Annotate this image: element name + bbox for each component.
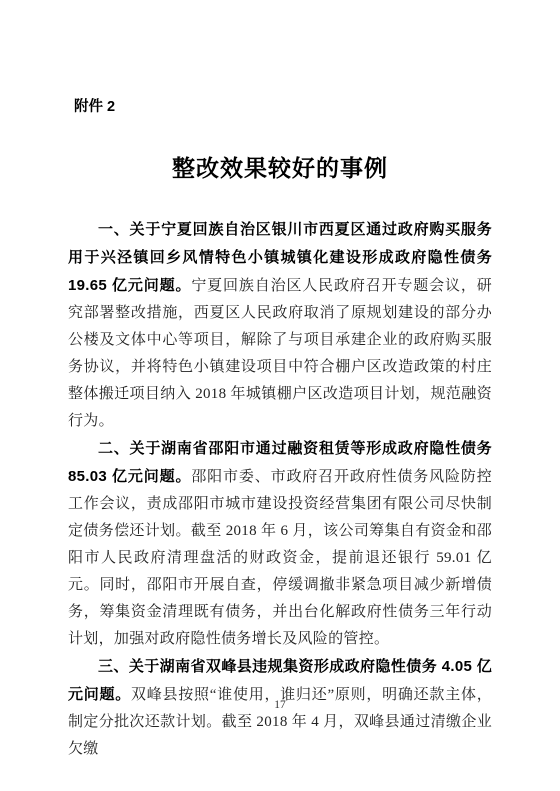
paragraph-2: 二、关于湖南省邵阳市通过融资租赁等形成政府隐性债务 85.03 亿元问题。邵阳市…	[68, 435, 492, 653]
paragraph-1: 一、关于宁夏回族自治区银川市西夏区通过政府购买服务用于兴泾镇回乡风情特色小镇城镇…	[68, 216, 492, 435]
paragraph-2-body: 邵阳市委、市政府召开政府性债务风险防控工作会议，责成邵阳市城市建设投资经营集团有…	[68, 469, 492, 647]
paragraph-1-body: 宁夏回族自治区人民政府召开专题会议，研究部署整改措施，西夏区人民政府取消了原规划…	[68, 278, 492, 429]
document-page: 附件 2 整改效果较好的事例 一、关于宁夏回族自治区银川市西夏区通过政府购买服务…	[0, 0, 560, 791]
document-body: 一、关于宁夏回族自治区银川市西夏区通过政府购买服务用于兴泾镇回乡风情特色小镇城镇…	[68, 216, 492, 763]
page-number: 17	[0, 699, 560, 711]
paragraph-3-body: 双峰县按照“谁使用，谁归还”原则，明确还款主体，制定分批次还款计划。截至 201…	[68, 687, 492, 757]
page-title: 整改效果较好的事例	[68, 155, 492, 181]
attachment-label: 附件 2	[74, 99, 492, 116]
